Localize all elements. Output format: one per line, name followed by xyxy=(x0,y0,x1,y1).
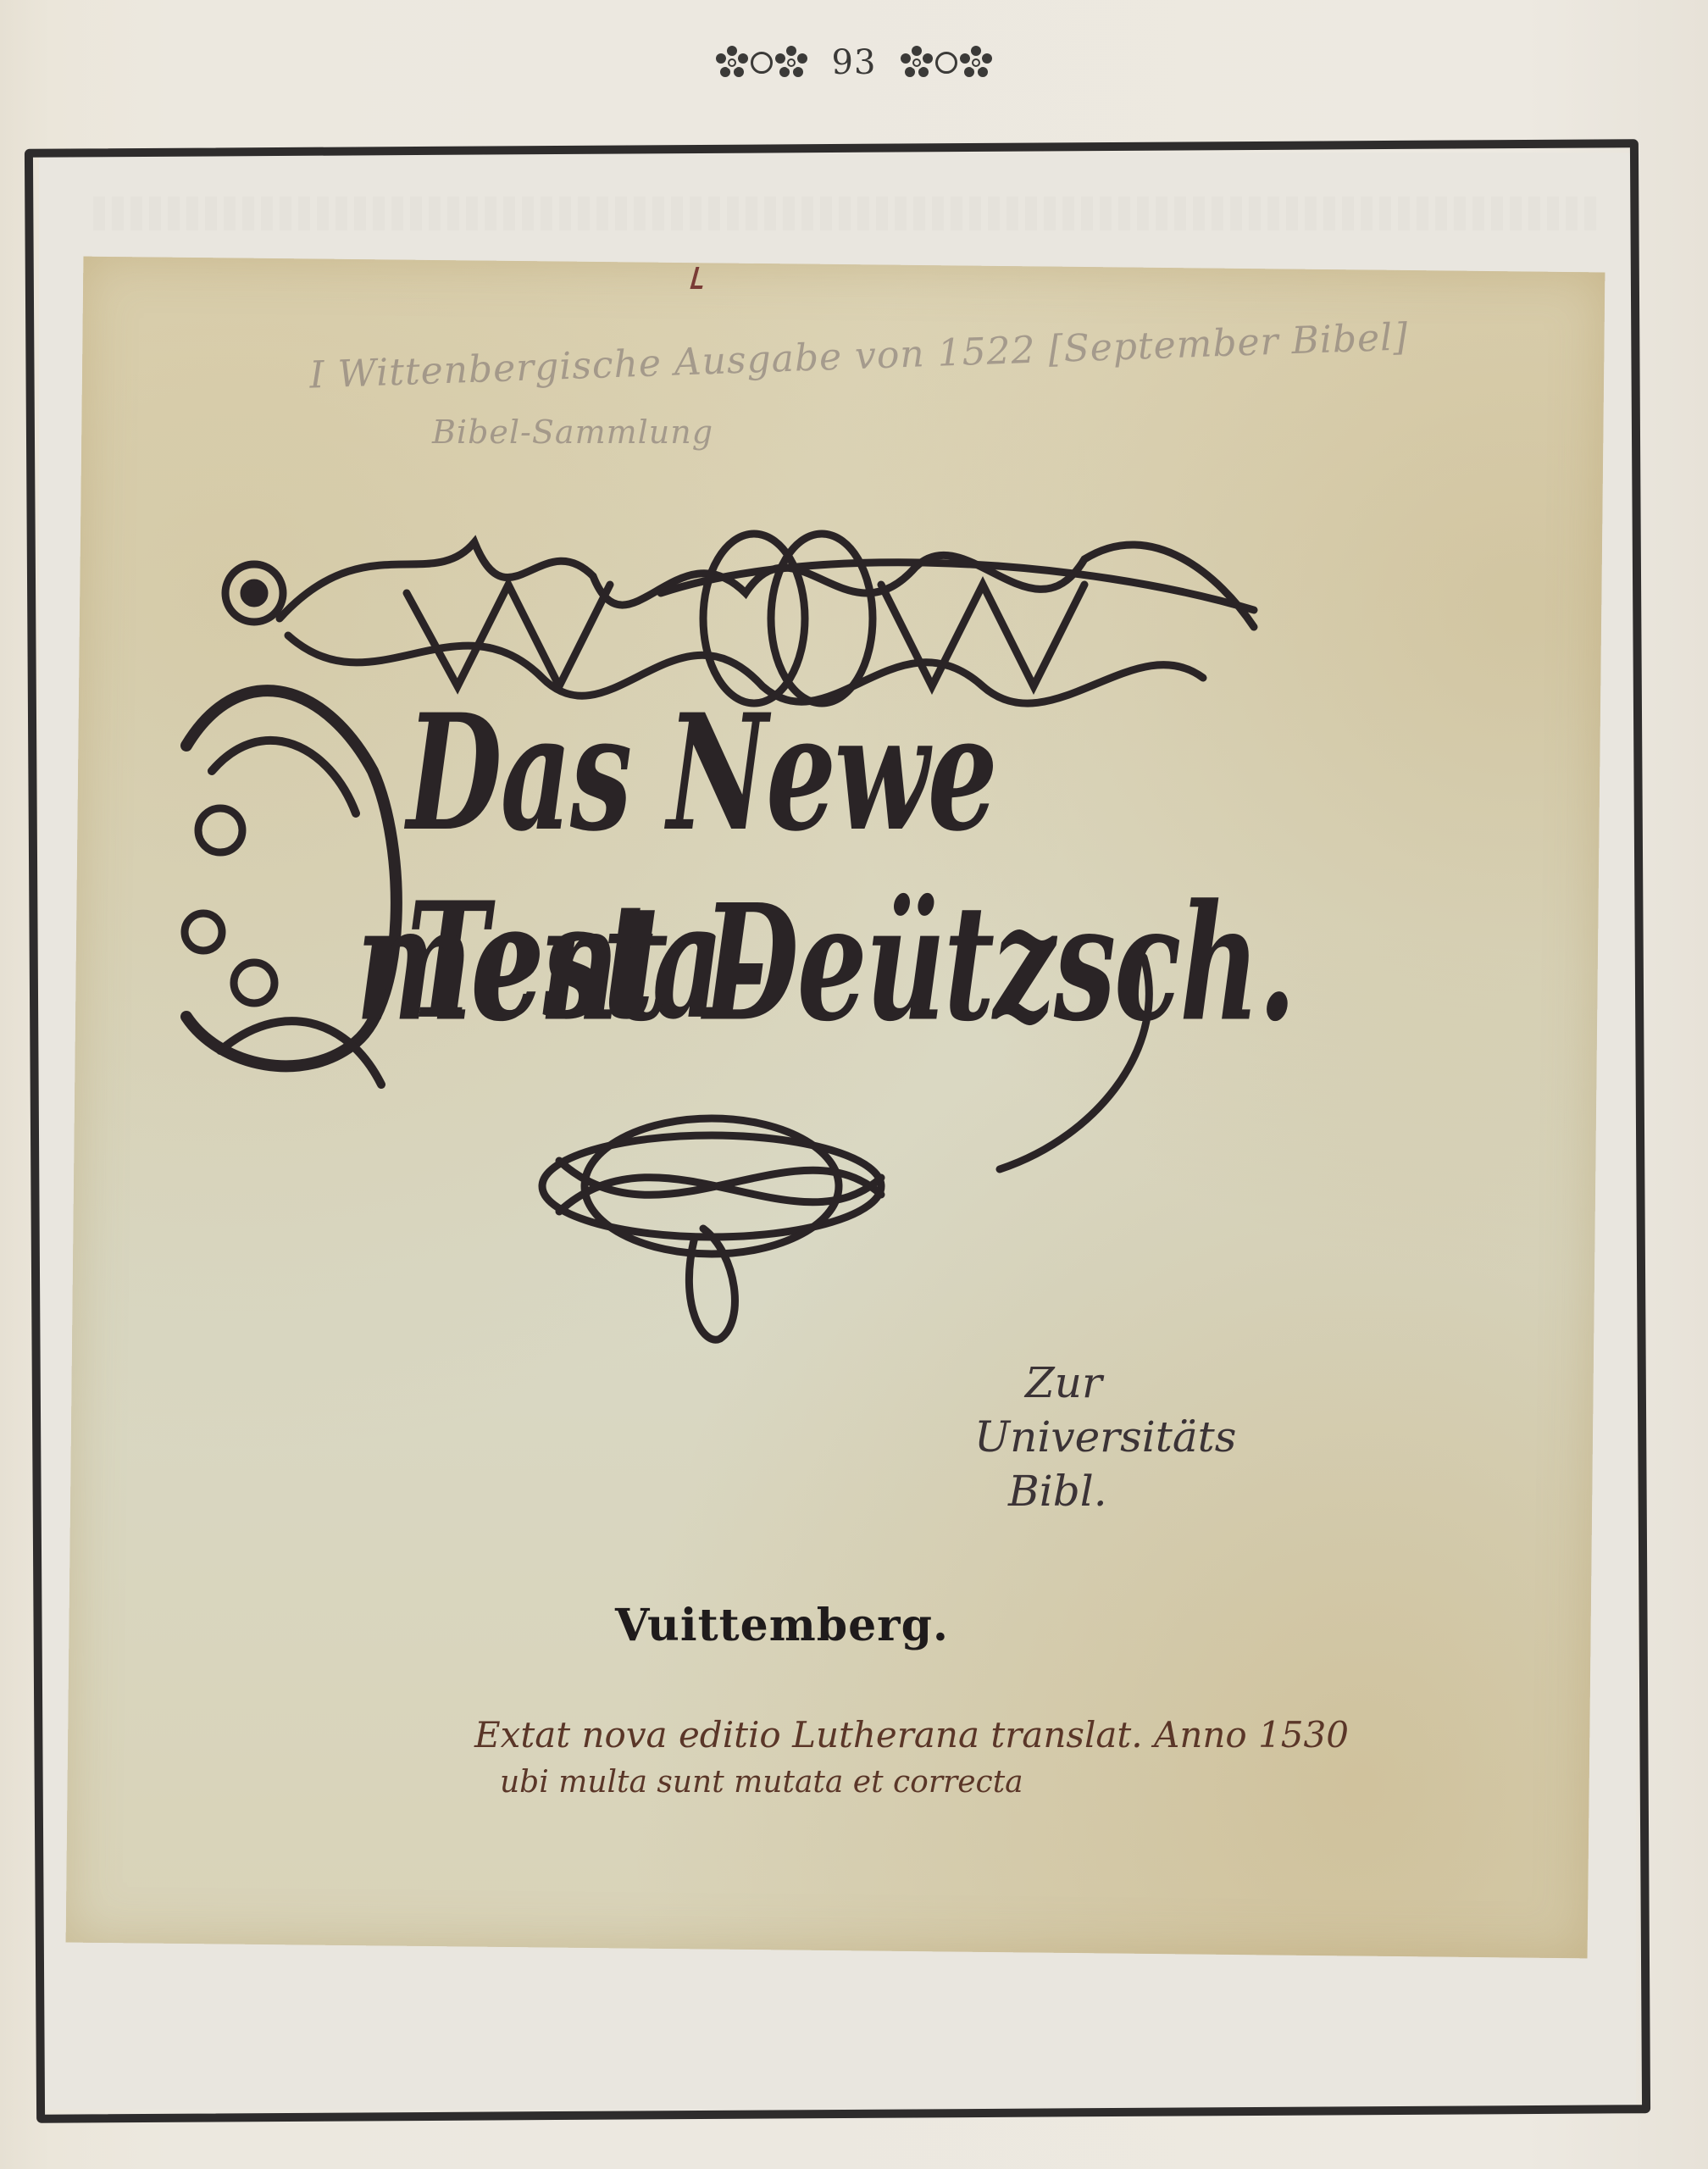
ornament-right xyxy=(900,46,993,80)
library-mark-line2: Universitäts xyxy=(974,1410,1245,1464)
rosette-icon xyxy=(959,46,993,80)
ring-icon xyxy=(935,52,957,74)
ring-icon xyxy=(751,52,773,74)
calligraphic-title: Das Newe Testa- ment Deützsch. xyxy=(152,491,1322,1356)
pencil-note-line2: Bibel-Sammlung xyxy=(432,413,713,451)
library-mark-line3: Bibl. xyxy=(974,1464,1245,1518)
annotation-line1: Extat nova editio Lutherana translat. An… xyxy=(474,1711,1610,1759)
page-header: 93 xyxy=(0,37,1708,88)
title-line-2: ment Deützsch. xyxy=(356,869,1295,1057)
ornament-left xyxy=(715,46,808,80)
rosette-icon xyxy=(774,46,808,80)
rosette-icon xyxy=(715,46,749,80)
page-number: 93 xyxy=(832,43,877,82)
library-mark-line1: Zur xyxy=(974,1356,1245,1410)
handwritten-annotation: Extat nova editio Lutherana translat. An… xyxy=(474,1711,1610,1806)
annotation-line2: ubi multa sunt mutata et correcta xyxy=(474,1759,1610,1806)
imprint-place: Vuittemberg. xyxy=(615,1600,949,1651)
library-ownership-mark: Zur Universitäts Bibl. xyxy=(974,1356,1245,1610)
rosette-icon xyxy=(900,46,934,80)
